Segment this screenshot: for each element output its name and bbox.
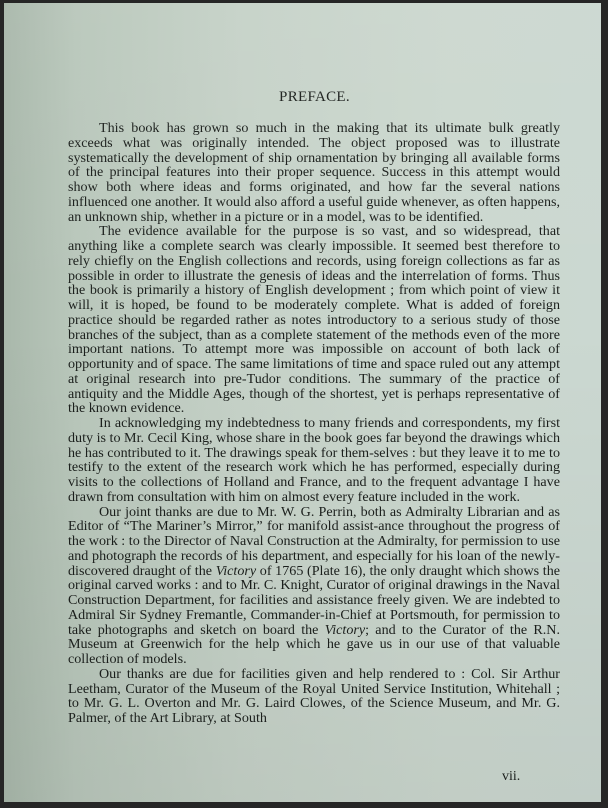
text-run: The evidence available for the purpose i… <box>68 223 560 416</box>
paragraph-5: Our thanks are due for facilities given … <box>68 667 560 726</box>
book-page: PREFACE. This book has grown so much in … <box>4 3 601 802</box>
preface-body: This book has grown so much in the makin… <box>68 121 560 726</box>
ship-name-italic: Victory <box>325 622 365 638</box>
paragraph-3: In acknowledging my indebtedness to many… <box>68 416 560 505</box>
text-run: Our thanks are due for facilities given … <box>68 666 560 726</box>
page-number: vii. <box>502 769 520 785</box>
text-run: In acknowledging my indebtedness to many… <box>68 415 560 505</box>
paragraph-1: This book has grown so much in the makin… <box>68 121 560 224</box>
ship-name-italic: Victory <box>216 563 256 579</box>
paragraph-2: The evidence available for the purpose i… <box>68 224 560 416</box>
paragraph-4: Our joint thanks are due to Mr. W. G. Pe… <box>68 505 560 667</box>
page-title: PREFACE. <box>4 89 601 106</box>
text-run: This book has grown so much in the makin… <box>68 120 560 225</box>
